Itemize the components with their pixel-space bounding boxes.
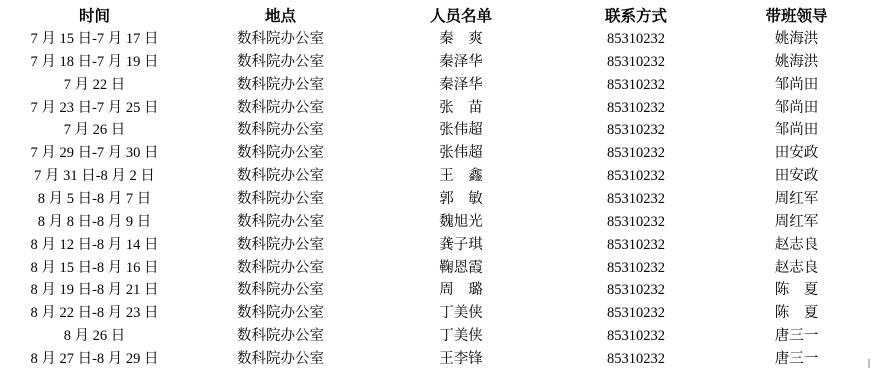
table-row: 7 月 15 日-7 月 17 日数科院办公室秦 爽85310232姚海洪 bbox=[0, 28, 871, 51]
cell-location: 数科院办公室 bbox=[189, 146, 372, 161]
cell-location: 数科院办公室 bbox=[189, 55, 372, 70]
cell-time: 8 月 27 日-8 月 29 日 bbox=[0, 352, 189, 367]
cell-personnel: 龚子琪 bbox=[372, 238, 550, 253]
cell-contact: 85310232 bbox=[550, 169, 722, 184]
cell-leader: 周红军 bbox=[722, 192, 871, 207]
cell-time: 7 月 22 日 bbox=[0, 78, 189, 93]
cell-location: 数科院办公室 bbox=[189, 32, 372, 47]
cell-personnel: 秦泽华 bbox=[372, 55, 550, 70]
cell-leader: 赵志良 bbox=[722, 238, 871, 253]
cell-personnel: 秦 爽 bbox=[372, 32, 550, 47]
cell-contact: 85310232 bbox=[550, 78, 722, 93]
table-header-row: 时间地点人员名单联系方式带班领导 bbox=[0, 5, 871, 28]
cell-time: 7 月 15 日-7 月 17 日 bbox=[0, 32, 189, 47]
cell-location: 数科院办公室 bbox=[189, 78, 372, 93]
table-row: 8 月 26 日数科院办公室丁美侠85310232唐三一 bbox=[0, 325, 871, 348]
cell-leader: 田安政 bbox=[722, 146, 871, 161]
cell-contact: 85310232 bbox=[550, 352, 722, 367]
cell-location: 数科院办公室 bbox=[189, 283, 372, 298]
cell-time: 8 月 8 日-8 月 9 日 bbox=[0, 215, 189, 230]
cell-personnel: 鞠恩霞 bbox=[372, 261, 550, 276]
cell-leader: 田安政 bbox=[722, 169, 871, 184]
table-row: 8 月 22 日-8 月 23 日数科院办公室丁美侠85310232陈 夏 bbox=[0, 302, 871, 325]
cell-time: 7 月 23 日-7 月 25 日 bbox=[0, 101, 189, 116]
table-row: 7 月 31 日-8 月 2 日数科院办公室王 鑫85310232田安政 bbox=[0, 165, 871, 188]
table-row: 8 月 15 日-8 月 16 日数科院办公室鞠恩霞85310232赵志良 bbox=[0, 256, 871, 279]
cell-leader: 邹尚田 bbox=[722, 78, 871, 93]
table-row: 8 月 27 日-8 月 29 日数科院办公室王李锋85310232唐三一 bbox=[0, 348, 871, 371]
cell-leader: 姚海洪 bbox=[722, 55, 871, 70]
table-row: 7 月 29 日-7 月 30 日数科院办公室张伟超85310232田安政 bbox=[0, 142, 871, 165]
table-row: 7 月 23 日-7 月 25 日数科院办公室张 苗85310232邹尚田 bbox=[0, 96, 871, 119]
cell-time: 8 月 5 日-8 月 7 日 bbox=[0, 192, 189, 207]
column-header-contact: 联系方式 bbox=[550, 9, 722, 25]
column-header-leader: 带班领导 bbox=[722, 9, 871, 25]
cell-personnel: 张 苗 bbox=[372, 101, 550, 116]
table-row: 8 月 8 日-8 月 9 日数科院办公室魏旭光85310232周红军 bbox=[0, 211, 871, 234]
cell-location: 数科院办公室 bbox=[189, 123, 372, 138]
cell-contact: 85310232 bbox=[550, 306, 722, 321]
cell-personnel: 王 鑫 bbox=[372, 169, 550, 184]
duty-schedule-table: 时间地点人员名单联系方式带班领导7 月 15 日-7 月 17 日数科院办公室秦… bbox=[0, 5, 871, 371]
cell-contact: 85310232 bbox=[550, 101, 722, 116]
cell-time: 7 月 31 日-8 月 2 日 bbox=[0, 169, 189, 184]
stray-mark bbox=[868, 359, 870, 368]
cell-leader: 赵志良 bbox=[722, 261, 871, 276]
cell-contact: 85310232 bbox=[550, 261, 722, 276]
cell-personnel: 张伟超 bbox=[372, 146, 550, 161]
cell-leader: 陈 夏 bbox=[722, 283, 871, 298]
cell-personnel: 丁美侠 bbox=[372, 306, 550, 321]
cell-location: 数科院办公室 bbox=[189, 192, 372, 207]
table-row: 7 月 18 日-7 月 19 日数科院办公室秦泽华85310232姚海洪 bbox=[0, 51, 871, 74]
cell-contact: 85310232 bbox=[550, 238, 722, 253]
cell-personnel: 秦泽华 bbox=[372, 78, 550, 93]
cell-leader: 周红军 bbox=[722, 215, 871, 230]
cell-personnel: 王李锋 bbox=[372, 352, 550, 367]
cell-location: 数科院办公室 bbox=[189, 329, 372, 344]
cell-personnel: 丁美侠 bbox=[372, 329, 550, 344]
cell-time: 7 月 29 日-7 月 30 日 bbox=[0, 146, 189, 161]
cell-time: 7 月 18 日-7 月 19 日 bbox=[0, 55, 189, 70]
cell-location: 数科院办公室 bbox=[189, 169, 372, 184]
table-row: 8 月 19 日-8 月 21 日数科院办公室周 璐85310232陈 夏 bbox=[0, 279, 871, 302]
cell-contact: 85310232 bbox=[550, 32, 722, 47]
cell-leader: 邹尚田 bbox=[722, 101, 871, 116]
cell-location: 数科院办公室 bbox=[189, 101, 372, 116]
cell-leader: 姚海洪 bbox=[722, 32, 871, 47]
table-row: 7 月 26 日数科院办公室张伟超85310232邹尚田 bbox=[0, 119, 871, 142]
cell-time: 8 月 22 日-8 月 23 日 bbox=[0, 306, 189, 321]
cell-contact: 85310232 bbox=[550, 192, 722, 207]
cell-leader: 唐三一 bbox=[722, 329, 871, 344]
cell-contact: 85310232 bbox=[550, 329, 722, 344]
cell-location: 数科院办公室 bbox=[189, 238, 372, 253]
cell-leader: 陈 夏 bbox=[722, 306, 871, 321]
table-row: 8 月 5 日-8 月 7 日数科院办公室郭 敏85310232周红军 bbox=[0, 188, 871, 211]
cell-time: 7 月 26 日 bbox=[0, 123, 189, 138]
cell-contact: 85310232 bbox=[550, 283, 722, 298]
table-row: 8 月 12 日-8 月 14 日数科院办公室龚子琪85310232赵志良 bbox=[0, 234, 871, 257]
cell-personnel: 郭 敏 bbox=[372, 192, 550, 207]
cell-personnel: 魏旭光 bbox=[372, 215, 550, 230]
cell-time: 8 月 26 日 bbox=[0, 329, 189, 344]
cell-leader: 唐三一 bbox=[722, 352, 871, 367]
cell-time: 8 月 19 日-8 月 21 日 bbox=[0, 283, 189, 298]
cell-contact: 85310232 bbox=[550, 215, 722, 230]
cell-personnel: 周 璐 bbox=[372, 283, 550, 298]
cell-contact: 85310232 bbox=[550, 146, 722, 161]
cell-time: 8 月 15 日-8 月 16 日 bbox=[0, 261, 189, 276]
cell-personnel: 张伟超 bbox=[372, 123, 550, 138]
cell-location: 数科院办公室 bbox=[189, 352, 372, 367]
column-header-personnel: 人员名单 bbox=[372, 9, 550, 25]
cell-contact: 85310232 bbox=[550, 123, 722, 138]
cell-location: 数科院办公室 bbox=[189, 306, 372, 321]
cell-leader: 邹尚田 bbox=[722, 123, 871, 138]
cell-contact: 85310232 bbox=[550, 55, 722, 70]
table-row: 7 月 22 日数科院办公室秦泽华85310232邹尚田 bbox=[0, 74, 871, 97]
cell-location: 数科院办公室 bbox=[189, 215, 372, 230]
cell-time: 8 月 12 日-8 月 14 日 bbox=[0, 238, 189, 253]
column-header-location: 地点 bbox=[189, 9, 372, 25]
cell-location: 数科院办公室 bbox=[189, 261, 372, 276]
column-header-time: 时间 bbox=[0, 9, 189, 25]
